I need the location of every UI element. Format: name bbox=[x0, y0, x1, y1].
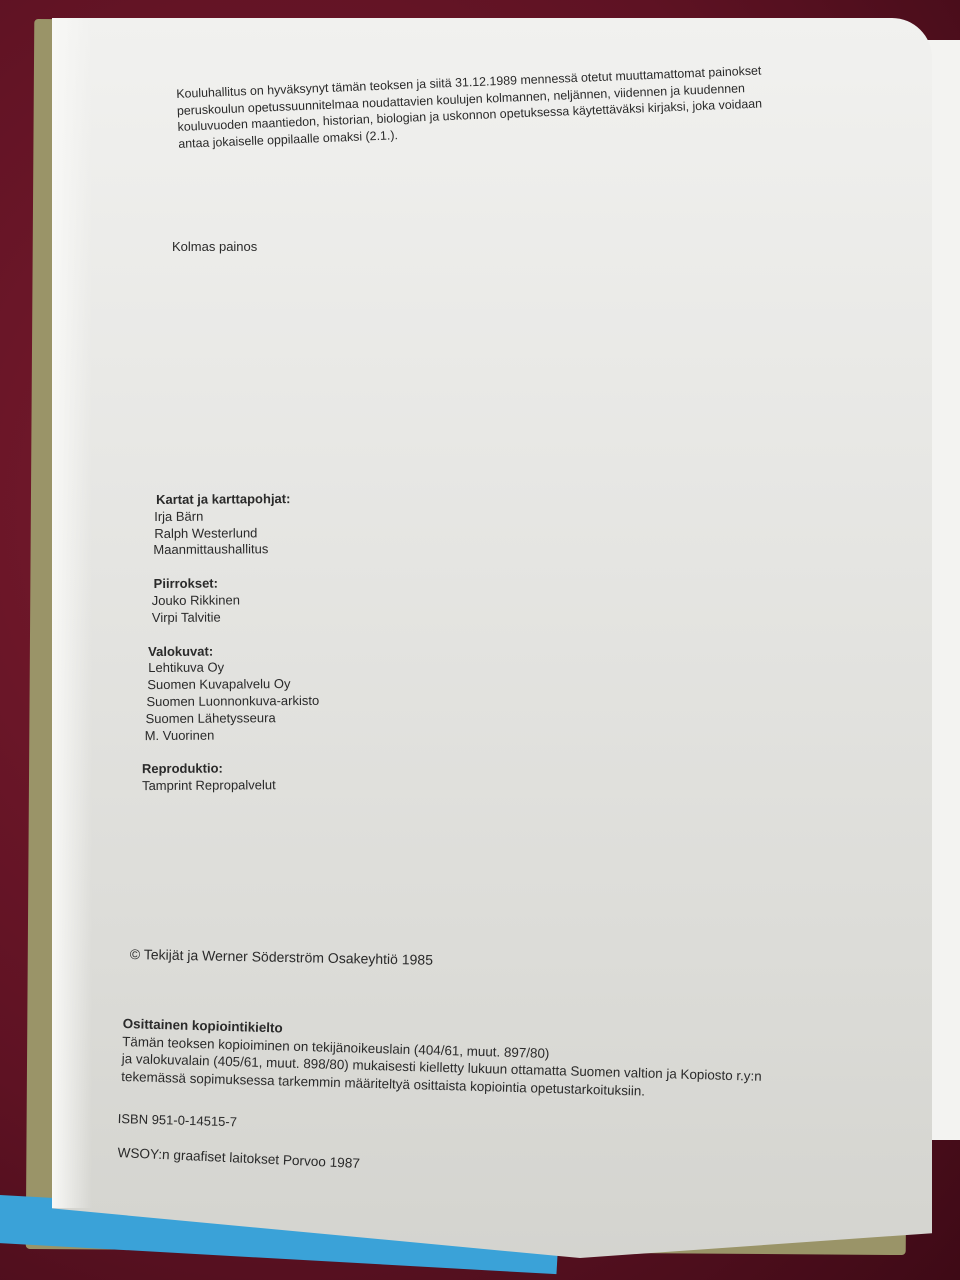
credits-heading: Valokuvat: bbox=[148, 642, 319, 660]
credit-name: Virpi Talvitie bbox=[152, 609, 319, 627]
credit-name: Suomen Kuvapalvelu Oy bbox=[147, 676, 319, 694]
credits-section-maps: Kartat ja karttapohjat: Irja Bärn Ralph … bbox=[156, 491, 318, 559]
credits-section-drawings: Piirrokset: Jouko Rikkinen Virpi Talviti… bbox=[154, 575, 319, 627]
credits-section-photos: Valokuvat: Lehtikuva Oy Suomen Kuvapalve… bbox=[148, 642, 319, 744]
page-content: Kouluhallitus on hyväksynyt tämän teokse… bbox=[0, 0, 960, 1280]
credits-heading: Reproduktio: bbox=[142, 760, 320, 778]
credit-name: Irja Bärn bbox=[154, 508, 318, 526]
credit-name: M. Vuorinen bbox=[145, 726, 320, 744]
copy-restriction: Osittainen kopiointikielto Tämän teoksen… bbox=[121, 1015, 763, 1103]
credits-section-reproduction: Reproduktio: Tamprint Repropalvelut bbox=[142, 760, 320, 795]
credit-name: Suomen Lähetysseura bbox=[146, 710, 320, 728]
credit-name: Jouko Rikkinen bbox=[152, 592, 319, 610]
credit-name: Suomen Luonnonkuva-arkisto bbox=[146, 693, 319, 711]
edition-label: Kolmas painos bbox=[172, 238, 257, 255]
credits: Kartat ja karttapohjat: Irja Bärn Ralph … bbox=[156, 491, 320, 812]
approval-statement: Kouluhallitus on hyväksynyt tämän teokse… bbox=[176, 63, 764, 152]
credit-name: Ralph Westerlund bbox=[154, 524, 318, 542]
credit-name: Maanmittaushallitus bbox=[153, 541, 318, 559]
copyright-notice: © Tekijät ja Werner Söderström Osakeyhti… bbox=[130, 946, 433, 969]
credit-name: Tamprint Repropalvelut bbox=[142, 777, 320, 795]
isbn: ISBN 951-0-14515-7 bbox=[118, 1110, 238, 1130]
credits-heading: Kartat ja karttapohjat: bbox=[156, 491, 318, 509]
printer-imprint: WSOY:n graafiset laitokset Porvoo 1987 bbox=[117, 1144, 360, 1172]
credit-name: Lehtikuva Oy bbox=[148, 659, 319, 677]
credits-heading: Piirrokset: bbox=[154, 575, 319, 593]
